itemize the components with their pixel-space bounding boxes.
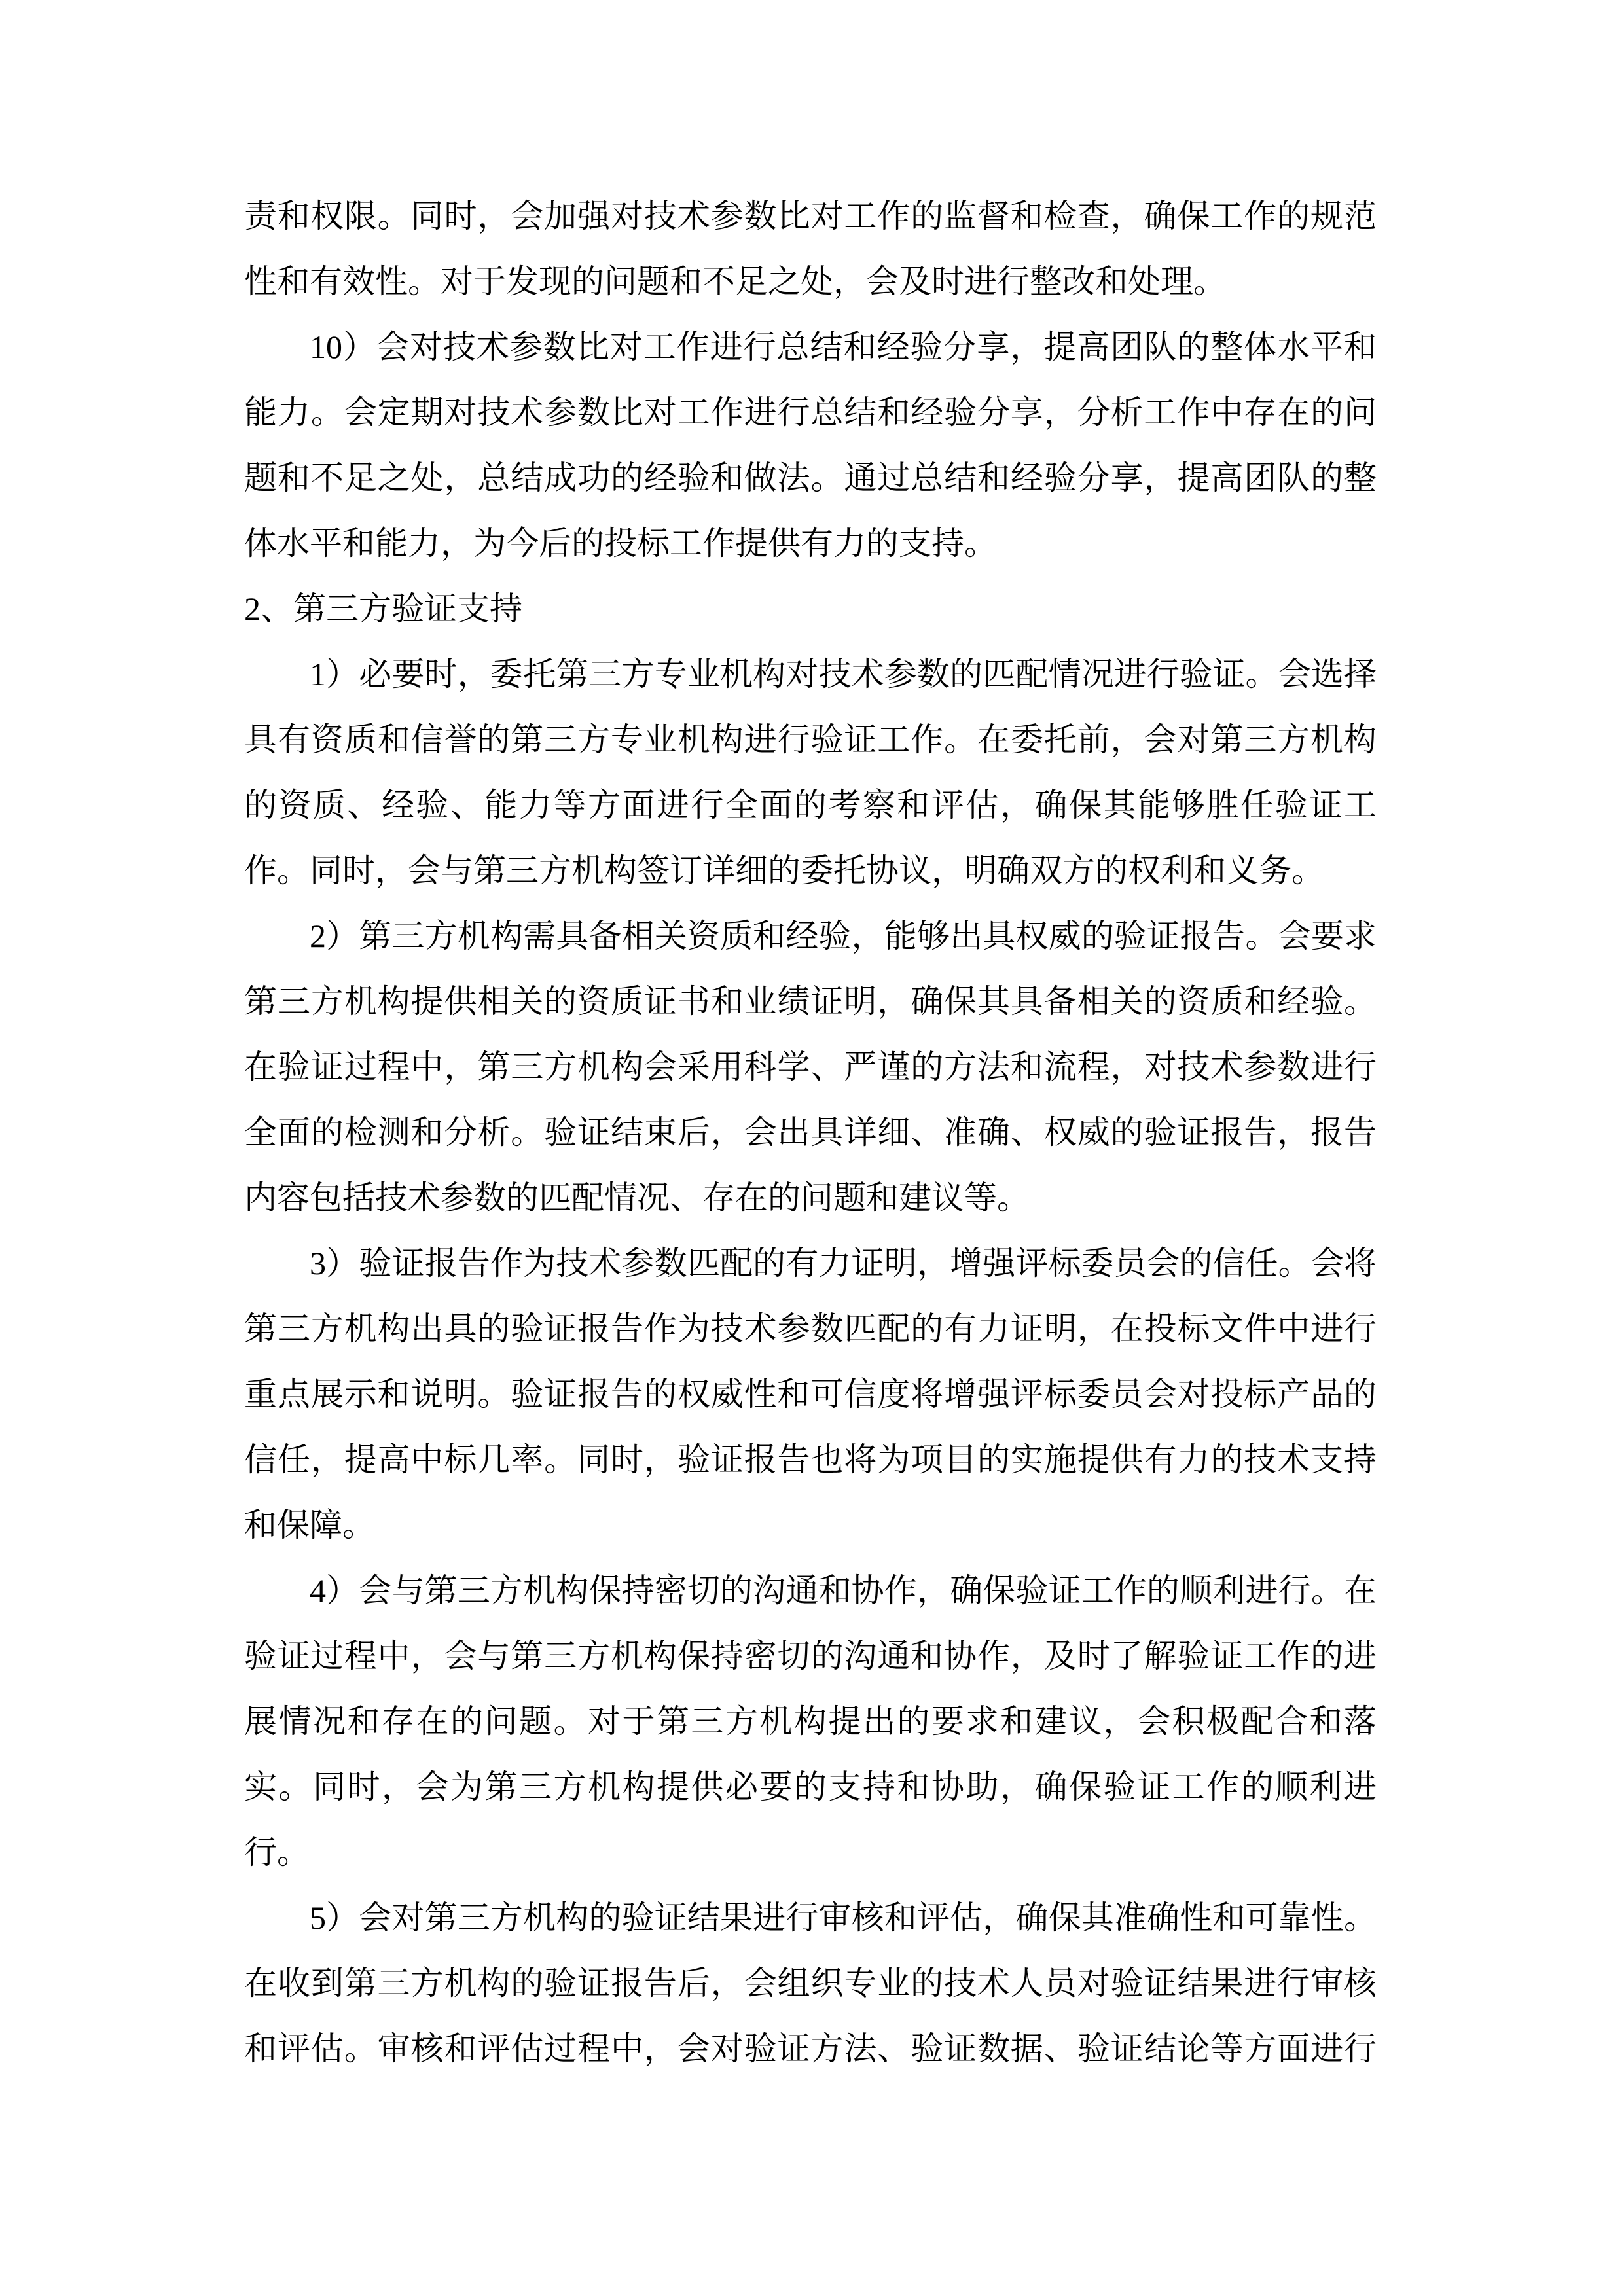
text-line: 1）必要时，委托第三方专业机构对技术参数的匹配情况进行验证。会选择 [244, 641, 1377, 707]
text-line: 行。 [244, 1820, 1377, 1885]
text-line: 10）会对技术参数比对工作进行总结和经验分享，提高团队的整体水平和 [244, 314, 1377, 380]
text-line: 具有资质和信誉的第三方专业机构进行验证工作。在委托前，会对第三方机构 [244, 707, 1377, 772]
text-line: 3）验证报告作为技术参数匹配的有力证明，增强评标委员会的信任。会将 [244, 1230, 1377, 1296]
text-line: 验证过程中，会与第三方机构保持密切的沟通和协作，及时了解验证工作的进 [244, 1623, 1377, 1689]
text-line: 在验证过程中，第三方机构会采用科学、严谨的方法和流程，对技术参数进行 [244, 1034, 1377, 1100]
text-line: 能力。会定期对技术参数比对工作进行总结和经验分享，分析工作中存在的问 [244, 380, 1377, 445]
text-line: 展情况和存在的问题。对于第三方机构提出的要求和建议，会积极配合和落 [244, 1689, 1377, 1754]
section-heading: 2、第三方验证支持 [244, 576, 1377, 641]
text-line: 作。同时，会与第三方机构签订详细的委托协议，明确双方的权利和义务。 [244, 838, 1377, 903]
text-line: 责和权限。同时，会加强对技术参数比对工作的监督和检查，确保工作的规范 [244, 183, 1377, 249]
page-content: 责和权限。同时，会加强对技术参数比对工作的监督和检查，确保工作的规范 性和有效性… [244, 183, 1377, 2081]
document-page: 责和权限。同时，会加强对技术参数比对工作的监督和检查，确保工作的规范 性和有效性… [0, 0, 1624, 2296]
text-line: 实。同时，会为第三方机构提供必要的支持和协助，确保验证工作的顺利进 [244, 1754, 1377, 1820]
text-line: 内容包括技术参数的匹配情况、存在的问题和建议等。 [244, 1165, 1377, 1230]
text-line: 第三方机构提供相关的资质证书和业绩证明，确保其具备相关的资质和经验。 [244, 969, 1377, 1034]
text-line: 2）第三方机构需具备相关资质和经验，能够出具权威的验证报告。会要求 [244, 903, 1377, 969]
text-line: 和评估。审核和评估过程中，会对验证方法、验证数据、验证结论等方面进行 [244, 2016, 1377, 2081]
text-line: 4）会与第三方机构保持密切的沟通和协作，确保验证工作的顺利进行。在 [244, 1558, 1377, 1623]
text-line: 信任，提高中标几率。同时，验证报告也将为项目的实施提供有力的技术支持 [244, 1427, 1377, 1492]
text-line: 题和不足之处，总结成功的经验和做法。通过总结和经验分享，提高团队的整 [244, 445, 1377, 511]
text-line: 重点展示和说明。验证报告的权威性和可信度将增强评标委员会对投标产品的 [244, 1361, 1377, 1427]
text-line: 性和有效性。对于发现的问题和不足之处，会及时进行整改和处理。 [244, 249, 1377, 314]
text-line: 第三方机构出具的验证报告作为技术参数匹配的有力证明，在投标文件中进行 [244, 1296, 1377, 1361]
text-line: 全面的检测和分析。验证结束后，会出具详细、准确、权威的验证报告，报告 [244, 1100, 1377, 1165]
text-line: 和保障。 [244, 1492, 1377, 1558]
text-line: 5）会对第三方机构的验证结果进行审核和评估，确保其准确性和可靠性。 [244, 1885, 1377, 1950]
text-line: 的资质、经验、能力等方面进行全面的考察和评估，确保其能够胜任验证工 [244, 772, 1377, 838]
text-line: 体水平和能力，为今后的投标工作提供有力的支持。 [244, 511, 1377, 576]
text-line: 在收到第三方机构的验证报告后，会组织专业的技术人员对验证结果进行审核 [244, 1950, 1377, 2016]
